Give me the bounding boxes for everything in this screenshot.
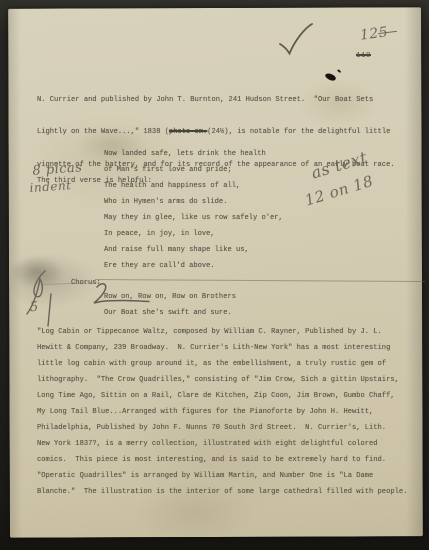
typed-line: Hewitt & Company, 239 Broadway. N. Curri…: [37, 340, 407, 356]
photo-backdrop: 125 110 N. Currier and published by John…: [0, 0, 429, 550]
typed-page-number-struck: 110: [356, 52, 371, 60]
typed-line: New York 1837?, is a merry collection, i…: [37, 436, 407, 452]
typed-line: The health and happiness of all,: [104, 178, 283, 194]
margin-mark-number: 5: [29, 300, 39, 316]
typed-line: N. Currier and published by John T. Burn…: [37, 92, 395, 108]
typed-segment: (24½), is notable for the delightful lit…: [207, 128, 390, 136]
typed-line: lithography. "The Crow Quadrilles," cons…: [37, 372, 407, 388]
checkmark-icon: [276, 22, 316, 62]
paragraph-log-cabin: "Log Cabin or Tippecanoe Waltz, composed…: [37, 324, 407, 500]
typed-line: Philadelphia, Published by John F. Nunns…: [37, 420, 407, 436]
margin-note-picas-indent: 8 picas indent: [32, 159, 84, 196]
typed-line: In peace, in joy, in love,: [104, 226, 283, 242]
margin-note-line: 8 picas: [32, 159, 83, 179]
typed-line: And raise full many shape like us,: [104, 242, 283, 258]
typed-line: of Man's first love and pride;: [104, 162, 283, 178]
typed-line: Ere they are call'd above.: [104, 258, 283, 274]
chorus-lines: Row on, Row on, Row on BrothersOur Boat …: [104, 290, 236, 321]
song-verse: Now landed safe, lets drink the healthof…: [104, 146, 283, 274]
typed-line: My Long Tail Blue...Arranged with figure…: [37, 404, 407, 420]
handwritten-page-number: 125: [359, 24, 389, 43]
struck-text: photo-cm.: [169, 128, 207, 136]
typed-line: May they in glee, like us row safely o'e…: [104, 210, 283, 226]
typed-line: Who in Hymen's arms do slide.: [104, 194, 283, 210]
typed-line: little log cabin with group around it, a…: [37, 356, 407, 372]
typed-line: Long Time Ago, Sittin on a Rail, Clare d…: [37, 388, 407, 404]
typed-line: Now landed safe, lets drink the health: [104, 146, 283, 162]
typed-line: Row on, Row on, Row on Brothers: [104, 290, 236, 306]
typed-segment: Lightly on the Wave...," 1838 (: [37, 128, 169, 136]
typed-line: comics. This piece is most interesting, …: [37, 452, 407, 468]
typed-line: Lightly on the Wave...," 1838 (photo-cm.…: [37, 124, 395, 140]
typed-line: "Log Cabin or Tippecanoe Waltz, composed…: [37, 324, 407, 340]
typed-line: Blanche." The illustration is the interi…: [37, 484, 407, 500]
typed-line: Our Boat she's swift and sure.: [104, 306, 236, 322]
typed-line: "Operatic Quadrilles" is arranged by Wil…: [37, 468, 407, 484]
